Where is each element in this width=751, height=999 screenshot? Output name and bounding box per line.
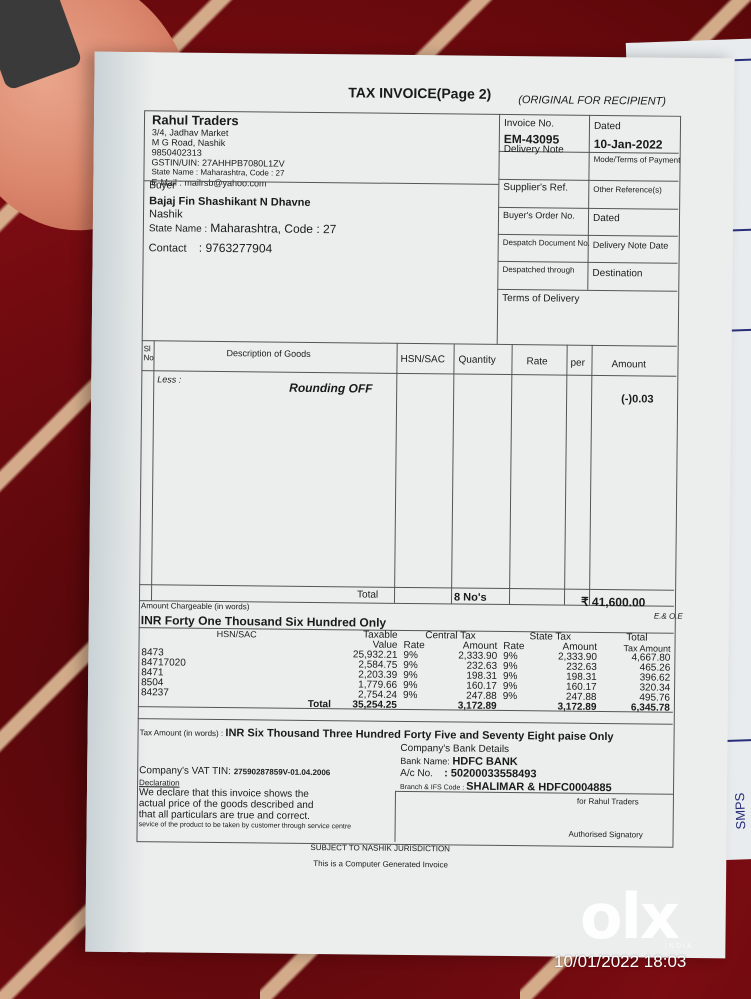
mode-terms-label: Mode/Terms of Payment xyxy=(594,155,681,165)
invoice-date: 10-Jan-2022 xyxy=(594,137,663,152)
eoe-label: E.& O.E xyxy=(654,612,683,621)
col-description: Description of Goods xyxy=(227,348,311,359)
account-label: A/c No. xyxy=(400,768,433,779)
buyer-contact: Contact : 9763277904 xyxy=(149,240,273,255)
terms-delivery-label: Terms of Delivery xyxy=(502,293,579,305)
declaration-label: Declaration xyxy=(139,778,180,787)
dated2-label: Dated xyxy=(593,213,620,224)
declaration-text: We declare that this invoice shows the a… xyxy=(139,787,352,831)
bank-heading: Company's Bank Details xyxy=(400,743,509,755)
buyer-state: State Name : Maharashtra, Code : 27 xyxy=(149,220,337,236)
tax-total-central: 3,172.89 xyxy=(437,701,499,712)
copy-label: (ORIGINAL FOR RECIPIENT) xyxy=(518,94,666,108)
background-item-smps: SMPS xyxy=(732,792,748,829)
bank-name-label: Bank Name: xyxy=(400,756,450,767)
invoice-paper: TAX INVOICE(Page 2) (ORIGINAL FOR RECIPI… xyxy=(85,52,734,959)
despatched-through-label: Despatched through xyxy=(502,265,574,275)
olx-watermark: olx INDIA xyxy=(580,880,710,960)
olx-logo: olx xyxy=(580,880,678,953)
dated-label: Dated xyxy=(594,121,621,132)
despatch-doc-label: Despatch Document No. xyxy=(503,238,590,248)
account-row: A/c No. : 50200033558493 xyxy=(400,767,536,780)
tax-total-tax: 6,345.78 xyxy=(599,703,673,714)
col-per: per xyxy=(570,358,585,369)
buyer-label: Buyer xyxy=(149,180,175,191)
vat-label: Company's VAT TIN: xyxy=(139,765,231,777)
goods-total-label: Total xyxy=(357,589,378,600)
for-company: for Rahul Traders xyxy=(577,797,639,807)
tax-words-label: Tax Amount (in words) : xyxy=(140,728,224,738)
buyer-state-value: Maharashtra, Code : 27 xyxy=(210,221,336,236)
computer-generated-note: This is a Computer Generated Invoice xyxy=(313,859,448,869)
col-quantity: Quantity xyxy=(458,355,495,366)
rounding-label: Rounding OFF xyxy=(289,381,372,396)
seller-block: Rahul Traders 3/4, Jadhav Market M G Roa… xyxy=(151,112,285,188)
other-refs-label: Other Reference(s) xyxy=(593,185,662,195)
buyer-contact-value: : 9763277904 xyxy=(199,241,273,256)
vat-row: Company's VAT TIN: 27590287859V-01.04.20… xyxy=(139,765,330,778)
tax-cell-c-rate: 9% xyxy=(400,691,438,701)
buyer-state-label: State Name : xyxy=(149,223,207,235)
goods-total-qty: 8 No's xyxy=(454,591,487,603)
suppliers-ref-label: Supplier's Ref. xyxy=(503,182,568,194)
account-number: : 50200033558493 xyxy=(444,767,536,780)
invoice-title: TAX INVOICE(Page 2) xyxy=(348,84,491,101)
tax-cell-s-rate: 9% xyxy=(500,692,538,702)
amount-words-label: Amount Chargeable (in words) xyxy=(141,601,250,611)
col-sl: Sl No xyxy=(143,344,151,362)
tax-total-taxable: 35,254.25 xyxy=(334,700,400,711)
vat-value: 27590287859V-01.04.2006 xyxy=(234,767,331,777)
rounding-amount: (-)0.03 xyxy=(621,393,654,405)
buyers-order-label: Buyer's Order No. xyxy=(503,210,575,221)
delivery-note-label: Delivery Note xyxy=(504,144,564,156)
olx-india-label: INDIA xyxy=(665,943,694,950)
buyer-contact-label: Contact xyxy=(149,242,187,254)
delivery-note-date-label: Delivery Note Date xyxy=(593,240,669,251)
col-hsn: HSN/SAC xyxy=(400,354,445,365)
tax-total-state: 3,172.89 xyxy=(537,702,599,713)
photo-timestamp: 10/01/2022 18:03 xyxy=(554,952,686,972)
col-amount: Amount xyxy=(611,359,646,370)
tax-summary-table: HSN/SAC Taxable Central Tax State Tax To… xyxy=(138,628,674,714)
tax-total-label: Total xyxy=(138,698,334,710)
destination-label: Destination xyxy=(592,268,642,280)
buyer-name: Bajaj Fin Shashikant N Dhavne xyxy=(149,195,310,209)
authorised-signatory: Authorised Signatory xyxy=(569,830,643,840)
buyer-city: Nashik xyxy=(149,208,183,220)
jurisdiction-note: SUBJECT TO NASHIK JURISDICTION xyxy=(310,843,450,853)
bank-name: HDFC BANK xyxy=(452,755,518,768)
col-rate: Rate xyxy=(526,356,547,367)
invoice-no-label: Invoice No. xyxy=(504,118,554,130)
less-label: Less : xyxy=(157,374,181,384)
goods-total-amount: ₹ 41,600.00 xyxy=(581,595,646,610)
seller-name: Rahul Traders xyxy=(152,112,285,128)
